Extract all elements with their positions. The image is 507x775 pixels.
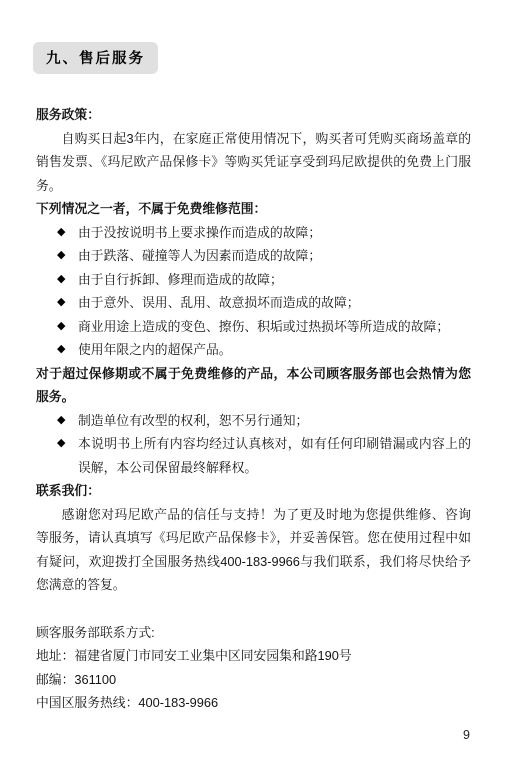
bullet-text: 使用年限之内的超保产品。 xyxy=(78,338,471,362)
service-dept-lines: 地址：福建省厦门市同安工业集中区同安园集和路190号邮编：361100中国区服务… xyxy=(36,644,471,715)
bullet-item: ◆ 由于意外、误用、乱用、故意损坏而造成的故障； xyxy=(36,291,471,315)
bullet-diamond-icon: ◆ xyxy=(57,268,78,292)
bullet-item: ◆ 由于跌落、碰撞等人为因素而造成的故障； xyxy=(36,244,471,268)
page-content: 服务政策： 自购买日起3年内，在家庭正常使用情况下，购买者可凭购买商场盖章的销售… xyxy=(0,74,507,715)
bullet-text: 本说明书上所有内容均经过认真核对，如有任何印刷错漏或内容上的误解，本公司保留最终… xyxy=(78,432,471,479)
exclusions-heading: 下列情况之一者，不属于免费维修范围： xyxy=(36,197,471,221)
bullet-diamond-icon: ◆ xyxy=(57,432,78,479)
bullet-item: ◆ 由于自行拆卸、修理而造成的故障； xyxy=(36,268,471,292)
bullet-text: 由于自行拆卸、修理而造成的故障； xyxy=(78,268,471,292)
section-title-badge: 九、售后服务 xyxy=(33,42,158,74)
exclusions-bullet-list: ◆ 由于没按说明书上要求操作而造成的故障； ◆ 由于跌落、碰撞等人为因素而造成的… xyxy=(36,221,471,362)
bullet-diamond-icon: ◆ xyxy=(57,338,78,362)
bullet-text: 由于没按说明书上要求操作而造成的故障； xyxy=(78,221,471,245)
bullet-diamond-icon: ◆ xyxy=(57,409,78,433)
page-number: 9 xyxy=(463,728,470,742)
bullet-text: 制造单位有改型的权利，恕不另行通知； xyxy=(78,409,471,433)
contact-paragraph: 感谢您对玛尼欧产品的信任与支持！为了更及时地为您提供维修、咨询等服务，请认真填写… xyxy=(36,503,471,597)
bullet-item: ◆ 商业用途上造成的变色、擦伤、积垢或过热损坏等所造成的故障； xyxy=(36,315,471,339)
bullet-item: ◆ 制造单位有改型的权利，恕不另行通知； xyxy=(36,409,471,433)
service-dept-block: 顾客服务部联系方式: 地址：福建省厦门市同安工业集中区同安园集和路190号邮编：… xyxy=(36,621,471,715)
bullet-diamond-icon: ◆ xyxy=(57,291,78,315)
contact-heading: 联系我们： xyxy=(36,479,471,503)
bullet-text: 由于跌落、碰撞等人为因素而造成的故障； xyxy=(78,244,471,268)
policy-heading: 服务政策： xyxy=(36,103,471,127)
bullet-diamond-icon: ◆ xyxy=(57,244,78,268)
bullet-text: 商业用途上造成的变色、擦伤、积垢或过热损坏等所造成的故障； xyxy=(78,315,471,339)
bullet-item: ◆ 由于没按说明书上要求操作而造成的故障； xyxy=(36,221,471,245)
bullet-diamond-icon: ◆ xyxy=(57,315,78,339)
bullet-item: ◆ 本说明书上所有内容均经过认真核对，如有任何印刷错漏或内容上的误解，本公司保留… xyxy=(36,432,471,479)
bullet-item: ◆ 使用年限之内的超保产品。 xyxy=(36,338,471,362)
manual-page: 九、售后服务 服务政策： 自购买日起3年内，在家庭正常使用情况下，购买者可凭购买… xyxy=(0,0,507,775)
policy-paragraph: 自购买日起3年内，在家庭正常使用情况下，购买者可凭购买商场盖章的销售发票、《玛尼… xyxy=(36,127,471,198)
bullet-text: 由于意外、误用、乱用、故意损坏而造成的故障； xyxy=(78,291,471,315)
notes-bullet-list: ◆ 制造单位有改型的权利，恕不另行通知； ◆ 本说明书上所有内容均经过认真核对，… xyxy=(36,409,471,480)
service-dept-heading: 顾客服务部联系方式: xyxy=(36,621,471,645)
bullet-diamond-icon: ◆ xyxy=(57,221,78,245)
service-dept-line: 中国区服务热线：400-183-9966 xyxy=(36,691,471,715)
service-dept-line: 邮编：361100 xyxy=(36,668,471,692)
out-of-warranty-paragraph: 对于超过保修期或不属于免费维修的产品，本公司顾客服务部也会热情为您服务。 xyxy=(36,362,471,409)
service-dept-line: 地址：福建省厦门市同安工业集中区同安园集和路190号 xyxy=(36,644,471,668)
